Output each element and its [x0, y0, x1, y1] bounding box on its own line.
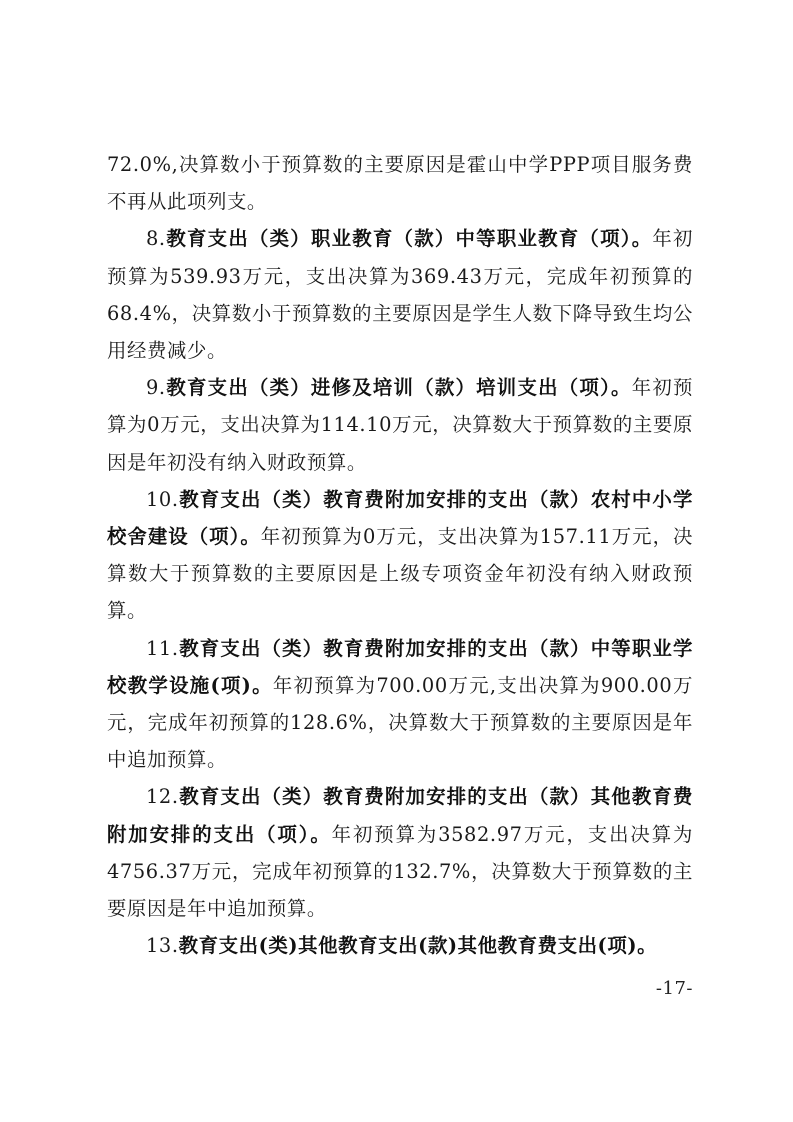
document-page: 72.0%,决算数小于预算数的主要原因是霍山中学PPP项目服务费不再从此项列支。…: [107, 146, 693, 964]
item-heading: 教育支出（类）进修及培训（款）培训支出（项）。: [166, 376, 632, 399]
item-number: 10.: [146, 488, 179, 511]
paragraph-item-10: 10.教育支出（类）教育费附加安排的支出（款）农村中小学校舍建设（项）。年初预算…: [107, 481, 693, 630]
item-number: 9.: [146, 376, 166, 399]
item-number: 8.: [146, 227, 166, 250]
item-number: 12.: [146, 785, 179, 808]
item-heading: 教育支出（类）职业教育（款）中等职业教育（项）。: [166, 227, 653, 250]
paragraph-item-8: 8.教育支出（类）职业教育（款）中等职业教育（项）。年初预算为539.93万元，…: [107, 220, 693, 369]
item-heading: 教育支出(类)其他教育支出(款)其他教育费支出(项)。: [179, 934, 657, 957]
paragraph-item-9: 9.教育支出（类）进修及培训（款）培训支出（项）。年初预算为0万元，支出决算为1…: [107, 369, 693, 481]
paragraph-item-12: 12.教育支出（类）教育费附加安排的支出（款）其他教育费附加安排的支出（项）。年…: [107, 778, 693, 927]
item-number: 11.: [146, 637, 179, 660]
paragraph-item-13: 13.教育支出(类)其他教育支出(款)其他教育费支出(项)。: [107, 927, 693, 964]
paragraph-body: 72.0%,决算数小于预算数的主要原因是霍山中学PPP项目服务费不再从此项列支。: [107, 153, 693, 213]
paragraph-item-11: 11.教育支出（类）教育费附加安排的支出（款）中等职业学校教学设施(项)。年初预…: [107, 630, 693, 779]
item-number: 13.: [146, 934, 179, 957]
paragraph-7-continuation: 72.0%,决算数小于预算数的主要原因是霍山中学PPP项目服务费不再从此项列支。: [107, 146, 693, 220]
page-number: -17-: [656, 978, 693, 999]
